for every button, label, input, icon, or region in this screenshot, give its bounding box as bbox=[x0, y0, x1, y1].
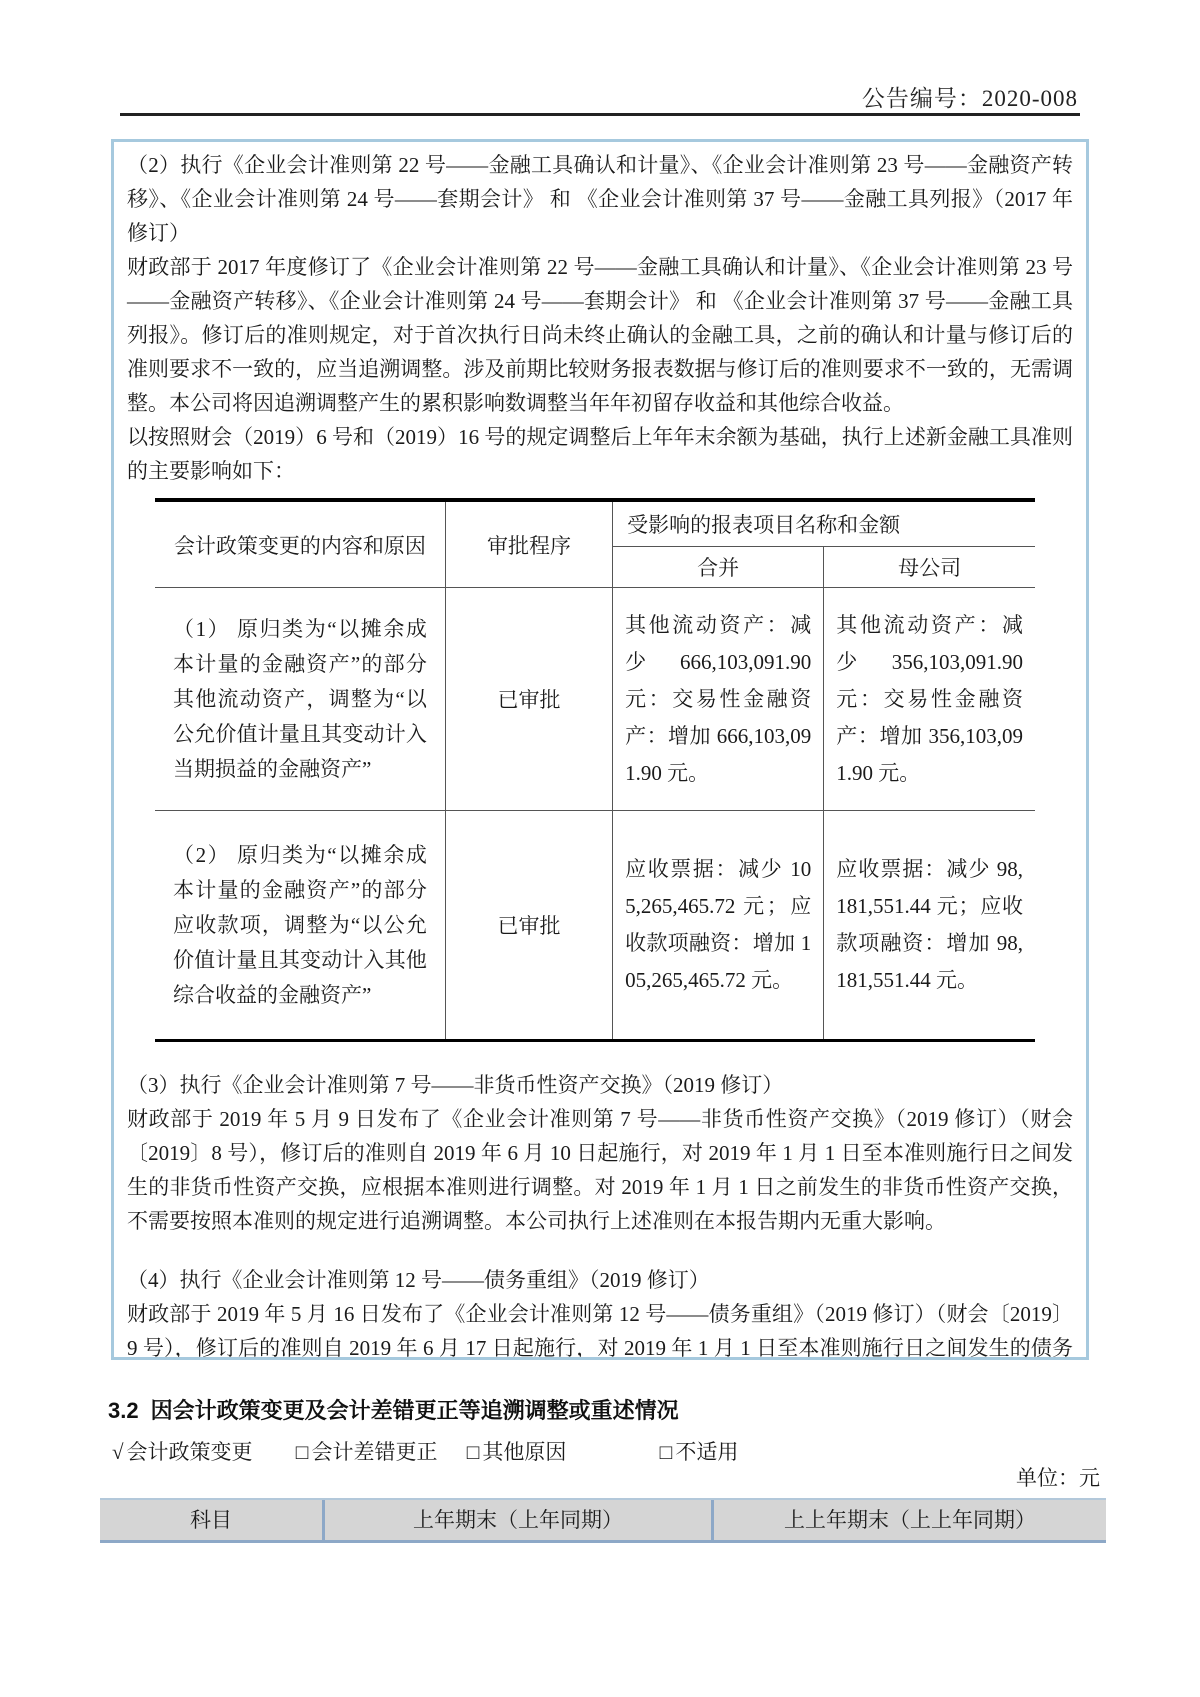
paragraph-standard-7-title: （3）执行《企业会计准则第 7 号——非货币性资产交换》（2019 修订） bbox=[127, 1068, 1073, 1102]
paragraph-standard-22-body: 财政部于 2017 年度修订了《企业会计准则第 22 号——金融工具确认和计量》… bbox=[127, 250, 1073, 420]
checkbox-icon: □ bbox=[660, 1440, 673, 1464]
paragraph-standard-12-body: 财政部于 2019 年 5 月 16 日发布了《企业会计准则第 12 号——债务… bbox=[127, 1297, 1073, 1360]
option-label: 其他原因 bbox=[482, 1440, 566, 1464]
section-3-2-heading: 3.2因会计政策变更及会计差错更正等追溯调整或重述情况 bbox=[108, 1394, 679, 1425]
change-content-cell: （2） 原归类为“以摊余成本计量的金融资产”的部分应收款项，调整为“以公允价值计… bbox=[155, 811, 445, 1041]
option-accounting-policy-change: √会计政策变更 bbox=[112, 1436, 253, 1466]
paragraph-impact-intro: 以按照财会（2019）6 号和（2019）16 号的规定调整后上年年末余额为基础… bbox=[127, 420, 1073, 488]
approval-cell: 已审批 bbox=[445, 811, 612, 1041]
paragraph-standard-22-title: （2）执行《企业会计准则第 22 号——金融工具确认和计量》、《企业会计准则第 … bbox=[127, 148, 1073, 250]
impact-table: 会计政策变更的内容和原因 审批程序 受影响的报表项目名称和金额 合并 母公司 （… bbox=[155, 498, 1035, 1042]
unit-label: 单位：元 bbox=[1016, 1462, 1100, 1492]
paragraph-standard-7-body: 财政部于 2019 年 5 月 9 日发布了《企业会计准则第 7 号——非货币性… bbox=[127, 1102, 1073, 1238]
col-header-affected-items: 受影响的报表项目名称和金额 bbox=[613, 500, 1035, 547]
parent-amount-cell: 应收票据：减少 98,181,551.44 元；应收款项融资：增加 98,181… bbox=[824, 811, 1035, 1041]
option-other-reason: □其他原因 bbox=[467, 1436, 567, 1466]
section-title: 因会计政策变更及会计差错更正等追溯调整或重述情况 bbox=[151, 1398, 679, 1423]
section-number: 3.2 bbox=[108, 1398, 139, 1423]
col-header-approval: 审批程序 bbox=[445, 500, 612, 588]
option-label: 会计政策变更 bbox=[127, 1440, 253, 1464]
option-label: 不适用 bbox=[675, 1440, 738, 1464]
consolidated-amount-cell: 其他流动资产：减少 666,103,091.90 元：交易性金融资产：增加 66… bbox=[613, 588, 824, 811]
checkbox-icon: □ bbox=[467, 1440, 480, 1464]
column-header-subject: 科目 bbox=[100, 1500, 322, 1540]
impact-table-header-row: 会计政策变更的内容和原因 审批程序 受影响的报表项目名称和金额 bbox=[155, 500, 1035, 547]
col-header-parent-company: 母公司 bbox=[824, 547, 1035, 588]
option-label: 会计差错更正 bbox=[311, 1440, 437, 1464]
approval-cell: 已审批 bbox=[445, 588, 612, 811]
table-row: （2） 原归类为“以摊余成本计量的金融资产”的部分应收款项，调整为“以公允价值计… bbox=[155, 811, 1035, 1041]
column-header-prior-year-end: 上年期末（上年同期） bbox=[322, 1500, 711, 1540]
check-mark-icon: √ bbox=[112, 1440, 124, 1464]
option-not-applicable: □不适用 bbox=[660, 1436, 739, 1466]
table-row: （1） 原归类为“以摊余成本计量的金融资产”的部分其他流动资产，调整为“以公允价… bbox=[155, 588, 1035, 811]
consolidated-amount-cell: 应收票据：减少 105,265,465.72 元；应收款项融资：增加 105,2… bbox=[613, 811, 824, 1041]
column-header-year-before-prior-end: 上上年期末（上上年同期） bbox=[711, 1500, 1106, 1540]
col-header-change-content: 会计政策变更的内容和原因 bbox=[155, 500, 445, 588]
header-divider bbox=[120, 113, 1080, 116]
checkbox-icon: □ bbox=[296, 1440, 309, 1464]
restatement-table-header-row: 科目 上年期末（上年同期） 上上年期末（上上年同期） bbox=[100, 1498, 1106, 1543]
parent-amount-cell: 其他流动资产：减少 356,103,091.90 元：交易性金融资产：增加 35… bbox=[824, 588, 1035, 811]
option-accounting-error-correction: □会计差错更正 bbox=[296, 1436, 438, 1466]
doc-number: 公告编号：2020-008 bbox=[862, 80, 1078, 113]
paragraph-standard-12-title: （4）执行《企业会计准则第 12 号——债务重组》（2019 修订） bbox=[127, 1263, 1073, 1297]
change-content-cell: （1） 原归类为“以摊余成本计量的金融资产”的部分其他流动资产，调整为“以公允价… bbox=[155, 588, 445, 811]
accounting-policy-notes-box: （2）执行《企业会计准则第 22 号——金融工具确认和计量》、《企业会计准则第 … bbox=[111, 139, 1089, 1360]
col-header-consolidated: 合并 bbox=[613, 547, 824, 588]
applicability-options: √会计政策变更 □会计差错更正 □其他原因 □不适用 bbox=[112, 1436, 738, 1466]
